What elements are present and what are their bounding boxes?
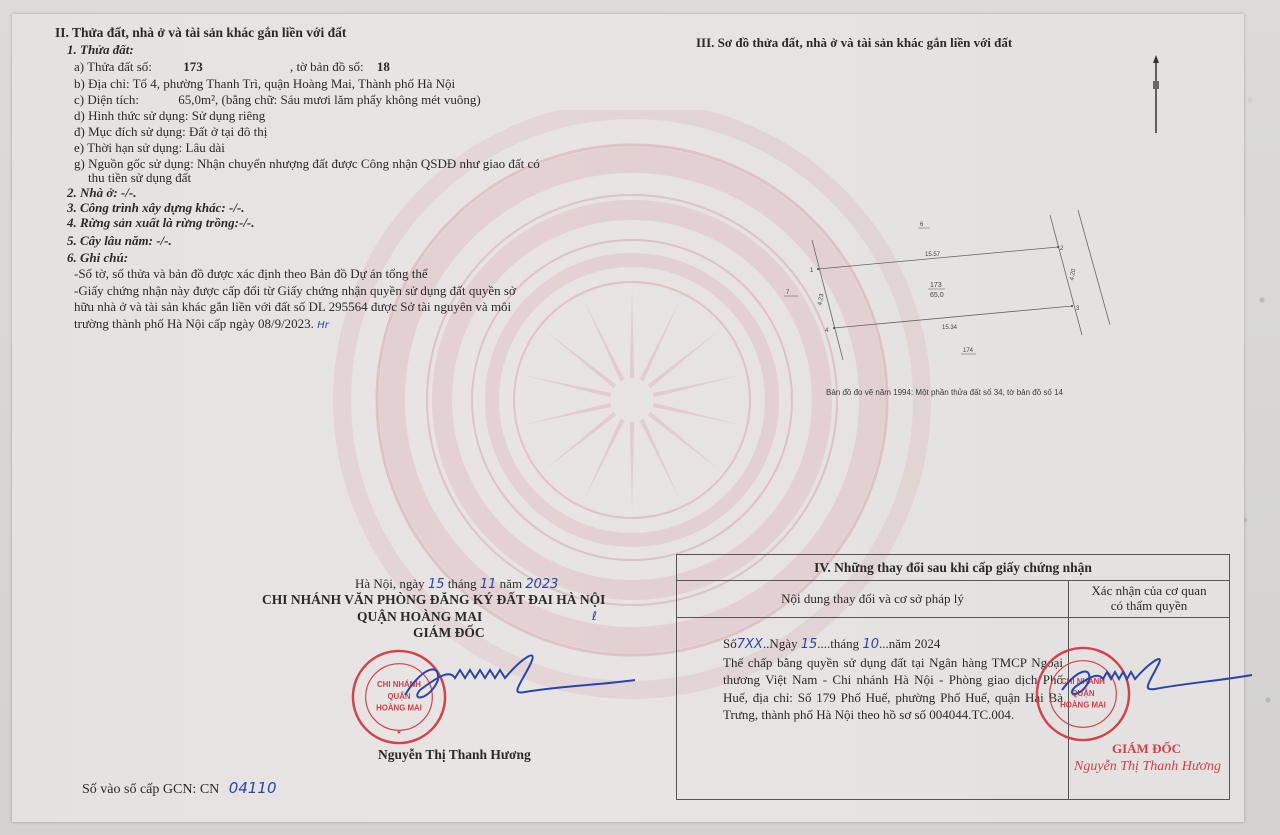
change-entry-text: Thế chấp bằng quyền sử dụng đất tại Ngân…: [723, 654, 1063, 724]
note-line-3: hữu nhà ở và tài sản khác gắn liền với đ…: [74, 299, 511, 315]
col-content-header: Nội dung thay đổi và cơ sở pháp lý: [677, 581, 1068, 617]
office-name-line1: CHI NHÁNH VĂN PHÒNG ĐĂNG KÝ ĐẤT ĐAI HÀ N…: [262, 592, 605, 608]
bottom-edge-length: 15.34: [942, 325, 958, 331]
change-entry: Số7XX..Ngày 15....tháng 10...năm 2024 Th…: [723, 635, 1063, 724]
entry-no-label: Số: [723, 636, 737, 651]
entry-day: 15: [801, 637, 818, 652]
parcel-number-row: a) Thửa đất số: 173 , tờ bản đồ số: 18: [74, 59, 390, 75]
origin-row-cont: thu tiền sử dụng đất: [88, 170, 191, 186]
col-confirm-header-line2: có thẩm quyền: [1069, 598, 1229, 613]
address-row: b) Địa chỉ: Tổ 4, phường Thanh Trì, quận…: [74, 76, 455, 92]
area-row: c) Diện tích: 65,0m², (bằng chữ: Sáu mươ…: [74, 92, 481, 108]
place-date-prefix: Hà Nội, ngày: [355, 576, 425, 591]
usage-form-row: d) Hình thức sử dụng: Sử dụng riêng: [74, 108, 265, 124]
point-4: 4: [825, 328, 829, 334]
parcel-number-label: 173: [930, 282, 942, 289]
section-2-title: II. Thửa đất, nhà ở và tài sản khác gắn …: [55, 25, 346, 41]
other-construction-row: 3. Công trình xây dựng khác: -/-.: [67, 200, 245, 216]
section-3-title: III. Sơ đồ thửa đất, nhà ở và tài sản kh…: [696, 35, 1012, 51]
confirm-signer-name: Nguyễn Thị Thanh Hương: [1074, 759, 1221, 775]
note-line-4-text: trường thành phố Hà Nội cấp ngày 08/9/20…: [74, 316, 314, 331]
point-3: 3: [1076, 306, 1080, 312]
section-4-title: IV. Những thay đổi sau khi cấp giấy chứn…: [677, 555, 1229, 581]
signature-director: [400, 640, 640, 710]
signer-position: GIÁM ĐỐC: [413, 625, 485, 641]
parcel-number-value: 173: [183, 59, 203, 74]
signature-confirm: [1057, 645, 1257, 705]
note-line-4: trường thành phố Hà Nội cấp ngày 08/9/20…: [74, 316, 329, 332]
forest-row: 4. Rừng sản xuất là rừng trồng:-/-.: [67, 215, 255, 231]
neighbor-left: 7: [786, 290, 790, 296]
change-entry-ref: Số7XX..Ngày 15....tháng 10...năm 2024: [723, 635, 1063, 654]
notes-heading: 6. Ghi chú:: [67, 250, 128, 266]
parcel-number-label: a) Thửa đất số:: [74, 59, 152, 74]
registry-number: 04110: [229, 779, 277, 797]
usage-term-row: e) Thời hạn sử dụng: Lâu dài: [74, 140, 225, 156]
registry-row: Số vào sổ cấp GCN: CN 04110: [82, 779, 277, 798]
registry-label: Số vào sổ cấp GCN: CN: [82, 782, 219, 797]
parcel-area-label: 65,0: [930, 292, 944, 299]
entry-no-value: 7XX: [737, 637, 763, 652]
point-1: 1: [810, 268, 814, 274]
initial-mark-2: ℓ: [592, 609, 597, 623]
sign-month: 11: [480, 577, 497, 592]
changes-table: IV. Những thay đổi sau khi cấp giấy chứn…: [676, 554, 1230, 800]
house-row: 2. Nhà ở: -/-.: [67, 185, 136, 201]
col-confirm-header: Xác nhận của cơ quan có thẩm quyền: [1069, 583, 1229, 613]
sign-year: 2023: [525, 577, 558, 592]
signer-name: Nguyễn Thị Thanh Hương: [378, 747, 531, 763]
place-date-row: Hà Nội, ngày 15 tháng 11 năm 2023: [355, 576, 558, 592]
note-line-1: -Số tờ, số thửa và bản đồ được xác định …: [74, 266, 428, 282]
land-heading: 1. Thửa đất:: [67, 42, 134, 58]
area-label: c) Diện tích:: [74, 92, 139, 107]
top-edge-length: 15.57: [925, 252, 941, 258]
entry-month: 10: [862, 637, 879, 652]
month-label: tháng: [448, 576, 477, 591]
map-sheet-value: 18: [377, 59, 390, 74]
area-value: 65,0m², (bằng chữ: Sáu mươi lăm phẩy khô…: [178, 92, 481, 107]
north-arrow-icon: [1150, 55, 1162, 135]
office-name-line2: QUẬN HOÀNG MAI: [357, 609, 482, 625]
svg-text:★: ★: [396, 729, 401, 736]
col-confirm-header-line1: Xác nhận của cơ quan: [1069, 583, 1229, 598]
usage-purpose-row: đ) Mục đích sử dụng: Đất ở tại đô thị: [74, 124, 267, 140]
map-sheet-label: , tờ bản đồ số:: [290, 59, 364, 74]
point-2: 2: [1060, 246, 1064, 252]
plan-source-note: Bản đồ đo vẽ năm 1994: Một phần thửa đất…: [826, 388, 1063, 397]
note-line-2: -Giấy chứng nhận này được cấp đổi từ Giấ…: [74, 283, 516, 299]
neighbor-top: 6: [920, 222, 924, 228]
right-edge-length: 4.20: [1069, 268, 1077, 281]
left-edge-length: 4.23: [817, 293, 825, 306]
sign-day: 15: [428, 577, 445, 592]
initial-mark: Hr: [317, 320, 329, 331]
confirm-position: GIÁM ĐỐC: [1112, 741, 1181, 757]
perennial-row: 5. Cây lâu năm: -/-.: [67, 233, 172, 249]
entry-year: ...năm 2024: [879, 636, 940, 651]
entry-day-label: ..Ngày: [763, 636, 801, 651]
neighbor-bottom: 174: [963, 348, 974, 354]
year-label: năm: [500, 576, 522, 591]
entry-month-label: ....tháng: [817, 636, 862, 651]
parcel-plan-diagram: 1 2 3 4 15.57 15.34 4.23 4.20 173 65,0 6…: [770, 210, 1130, 360]
